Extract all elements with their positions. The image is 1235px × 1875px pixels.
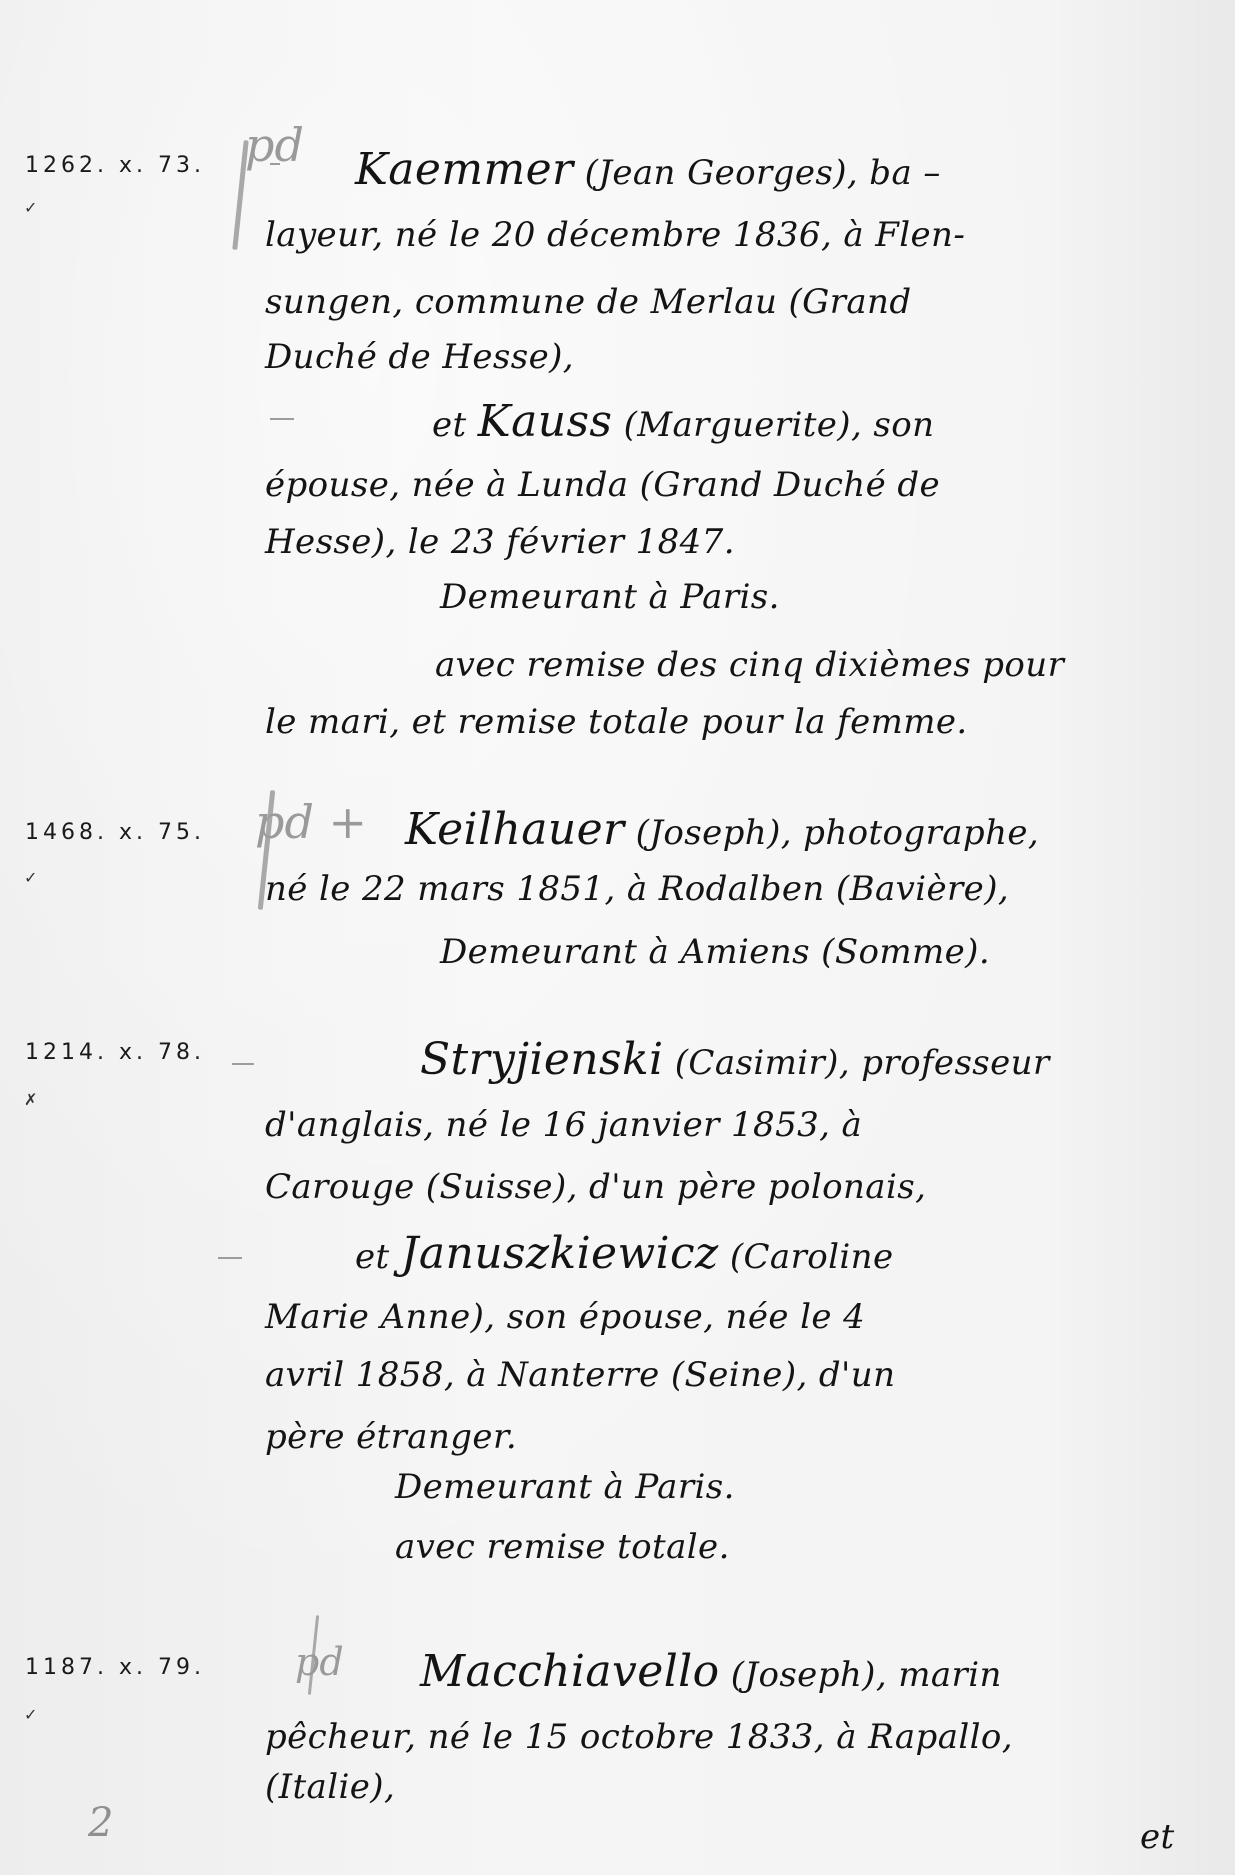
margin-dash	[218, 1257, 242, 1259]
entry-line: né le 22 mars 1851, à Rodalben (Bavière)…	[265, 872, 1215, 906]
entry-line: avec remise des cinq dixièmes pour	[435, 648, 1215, 682]
surname: Kauss	[478, 396, 613, 447]
page-number: 2	[88, 1800, 113, 1846]
pencil-note: pd	[295, 1640, 344, 1684]
entry-line: Marie Anne), son épouse, née le 4	[265, 1300, 1215, 1334]
entry-line: Hesse), le 23 février 1847.	[265, 525, 1215, 559]
surname: Stryjienski	[420, 1034, 664, 1085]
surname: Macchiavello	[420, 1646, 720, 1697]
entry-line: sungen, commune de Merlau (Grand	[265, 285, 1215, 319]
entry-line: et Januszkiewicz (Caroline	[355, 1232, 1215, 1276]
entry-line: layeur, né le 20 décembre 1836, à Flen-	[265, 218, 1215, 252]
entry-reference: 1187. x. 79.	[25, 1655, 205, 1680]
margin-dash	[270, 163, 280, 165]
check-mark-icon: ✓	[24, 1705, 37, 1724]
entry-line: Carouge (Suisse), d'un père polonais,	[265, 1170, 1215, 1204]
entry-line: Keilhauer (Joseph), photographe,	[405, 808, 1215, 852]
entry-line: Demeurant à Paris.	[395, 1470, 1215, 1504]
check-mark-icon: ✓	[24, 868, 37, 887]
entry-line: (Italie),	[265, 1770, 1215, 1804]
margin-dash	[270, 418, 294, 420]
entry-line: Demeurant à Paris.	[440, 580, 1215, 614]
margin-dash	[232, 1063, 254, 1065]
entry-line: avril 1858, à Nanterre (Seine), d'un	[265, 1358, 1215, 1392]
surname: Kaemmer	[355, 144, 573, 195]
pencil-note: pd +	[255, 795, 367, 849]
entry-line: Kaemmer (Jean Georges), ba –	[355, 148, 1215, 192]
surname: Januszkiewicz	[401, 1228, 719, 1279]
entry-line: père étranger.	[265, 1420, 1215, 1454]
entry-line: le mari, et remise totale pour la femme.	[265, 705, 1215, 739]
entry-line: épouse, née à Lunda (Grand Duché de	[265, 468, 1215, 502]
entry-line: et	[1140, 1820, 1215, 1854]
entry-line: avec remise totale.	[395, 1530, 1215, 1564]
cross-mark-icon: ✗	[24, 1090, 37, 1109]
entry-reference: 1468. x. 75.	[25, 820, 205, 845]
entry-line: d'anglais, né le 16 janvier 1853, à	[265, 1108, 1215, 1142]
entry-line: et Kauss (Marguerite), son	[432, 400, 1215, 444]
entry-reference: 1214. x. 78.	[25, 1040, 205, 1065]
surname: Keilhauer	[405, 804, 624, 855]
entry-line: Macchiavello (Joseph), marin	[420, 1650, 1215, 1694]
entry-line: Stryjienski (Casimir), professeur	[420, 1038, 1215, 1082]
entry-line: pêcheur, né le 15 octobre 1833, à Rapall…	[265, 1720, 1215, 1754]
entry-reference: 1262. x. 73.	[25, 153, 205, 178]
entry-line: Duché de Hesse),	[265, 340, 1215, 374]
register-page: 1262. x. 73. ✓ pd Kaemmer (Jean Georges)…	[0, 0, 1235, 1875]
entry-line: Demeurant à Amiens (Somme).	[440, 935, 1215, 969]
check-mark-icon: ✓	[24, 198, 37, 217]
